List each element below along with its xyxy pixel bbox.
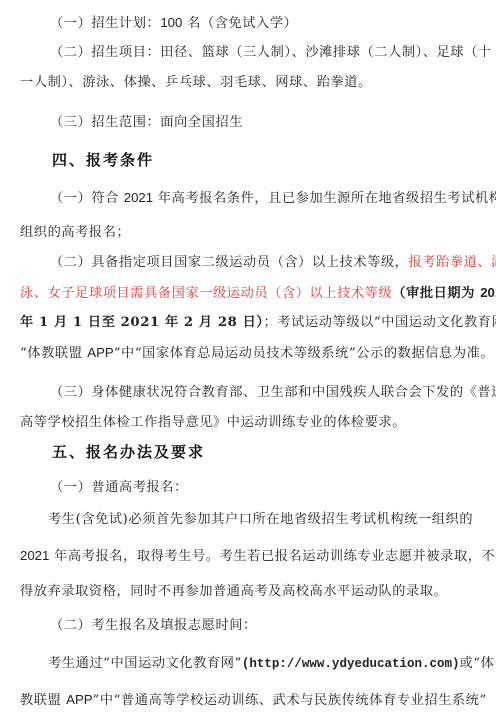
registration-2-title: （二）考生报名及填报志愿时间：	[50, 617, 257, 635]
registration-1-continued: 2021 年高考报名，取得考生号。考生若已报名运动训练专业志愿并被录取，不	[20, 547, 495, 566]
approval-date-text: （审批日期为	[392, 286, 480, 301]
app-label: APP	[66, 692, 92, 707]
condition-3-line: （三）身体健康状况符合教育部、卫生部和中国残疾人联合会下发的《普通	[50, 384, 496, 402]
condition-2-source: “体教联盟 APP”中“国家体育总局运动员技术等级系统”公示的数据信息为准。	[20, 344, 494, 363]
text: （二）具备指定项目国家二级运动员（含）以上技术等级，	[50, 255, 408, 270]
approval-date-range: 年 1 月 1 日至 2021 年 2 月 28 日）	[20, 315, 264, 330]
text: （一）招生计划：	[50, 16, 160, 31]
text: 考生通过“中国运动文化教育网”	[48, 656, 242, 671]
year: 2021	[20, 548, 49, 563]
section-heading-conditions: 四、报考条件	[52, 151, 154, 169]
registration-1-line: 考生(含免试)必须首先参加其户口所在地省级招生考试机构统一组织的	[48, 511, 473, 529]
text: 教联盟	[20, 693, 66, 708]
website-link[interactable]: (http://www.ydyeducation.com)	[242, 657, 460, 671]
condition-3-continued: 高等学校招生体检工作指导意见》中运动训练专业的体检要求。	[20, 414, 406, 432]
approval-year: 2011	[480, 285, 496, 300]
text: （一）符合	[50, 191, 124, 206]
text: ”中“国家体育总局运动员技术等级系统”公示的数据信息为准。	[114, 346, 495, 361]
enrollment-sports-line: （二）招生项目：田径、篮球（三人制）、沙滩排球（二人制）、足球（十	[50, 44, 492, 62]
text: 年高考报名，取得考生号。考生若已报名运动训练专业志愿并被录取，不	[49, 549, 495, 564]
condition-2-continued: 泳、女子足球项目需具备国家一级运动员（含）以上技术等级（审批日期为 2011	[20, 284, 496, 303]
condition-2-dates: 年 1 月 1 日至 2021 年 2 月 28 日）；考试运动等级以“中国运动…	[20, 314, 496, 332]
text: 年高考报名条件，且已参加生源所在地省级招生考试机构	[153, 191, 496, 206]
condition-1-line: （一）符合 2021 年高考报名条件，且已参加生源所在地省级招生考试机构	[50, 189, 496, 208]
registration-2-continued: 教联盟 APP”中“普通高等学校运动训练、武术与民族传统体育专业招生系统”	[20, 691, 487, 710]
registration-2-line: 考生通过“中国运动文化教育网”(http://www.ydyeducation.…	[48, 655, 494, 673]
text: ；考试运动等级以“中国运动文化教育网”或	[264, 315, 496, 330]
quota-number: 100	[160, 15, 182, 30]
text: “体教联盟	[20, 346, 87, 361]
registration-1-continued-2: 得放弃录取资格，同时不再参加普通高考及高校高水平运动队的录取。	[20, 583, 447, 601]
highlighted-requirement: 泳、女子足球项目需具备国家一级运动员（含）以上技术等级	[20, 286, 392, 301]
enrollment-plan-line: （一）招生计划：100 名（含免试入学）	[50, 14, 297, 33]
highlighted-requirement: 报考跆拳道、游	[408, 255, 496, 270]
app-label: APP	[87, 345, 113, 360]
enrollment-sports-continued: 一人制）、游泳、体操、乒乓球、羽毛球、网球、跆拳道。	[20, 74, 372, 92]
condition-2-line: （二）具备指定项目国家二级运动员（含）以上技术等级，报考跆拳道、游	[50, 254, 496, 272]
registration-1-title: （一）普通高考报名：	[50, 479, 188, 497]
year: 2021	[124, 190, 153, 205]
text: 或“体	[459, 656, 494, 671]
text: ”中“普通高等学校运动训练、武术与民族传统体育专业招生系统”	[93, 693, 487, 708]
text: 名（含免试入学）	[182, 16, 297, 31]
enrollment-scope-line: （三）招生范围：面向全国招生	[50, 114, 243, 132]
section-heading-registration: 五、报名办法及要求	[52, 443, 205, 461]
condition-1-continued: 组织的高考报名；	[20, 224, 130, 242]
